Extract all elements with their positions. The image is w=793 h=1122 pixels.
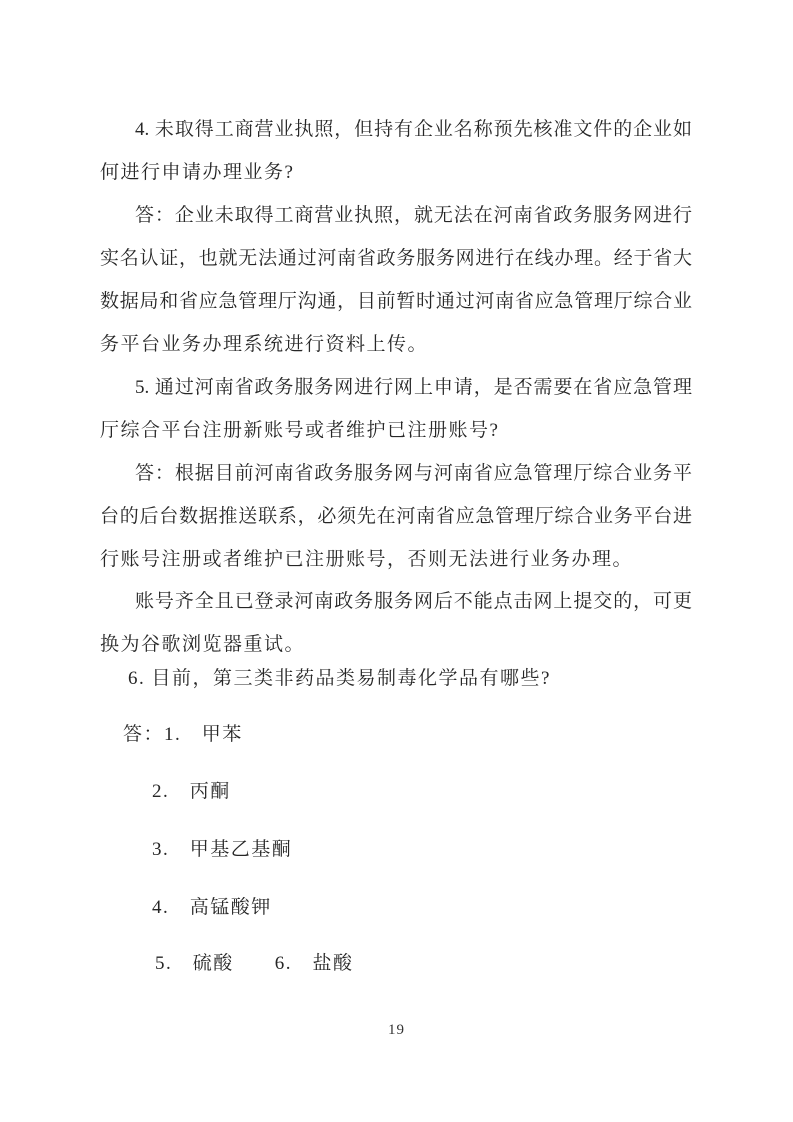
answer-6-item-4: 4. 高锰酸钾 [152,896,272,920]
question-4-line-2: 何进行申请办理业务? [100,161,294,185]
answer-4-line-1: 答：企业未取得工商营业执照，就无法在河南省政务服务网进行 [135,204,692,228]
question-5-line-2: 厅综合平台注册新账号或者维护已注册账号? [100,419,499,443]
answer-5-line-1: 答：根据目前河南省政务服务网与河南省应急管理厅综合业务平 [135,462,692,486]
answer-4-line-2: 实名认证，也就无法通过河南省政务服务网进行在线办理。经于省大 [100,247,692,271]
question-5-line-1: 5. 通过河南省政务服务网进行网上申请，是否需要在省应急管理 [135,376,692,400]
answer-4-line-3: 数据局和省应急管理厅沟通，目前暂时通过河南省应急管理厅综合业 [100,290,692,314]
question-6-line-1: 6. 目前，第三类非药品类易制毒化学品有哪些? [128,667,551,691]
question-4-line-1: 4. 未取得工商营业执照，但持有企业名称预先核准文件的企业如 [135,118,692,142]
answer-5-note-line-2: 换为谷歌浏览器重试。 [100,633,305,657]
answer-6-items-5-6: 5. 硫酸 6. 盐酸 [155,952,354,976]
answer-4-line-4: 务平台业务办理系统进行资料上传。 [100,333,428,357]
answer-6-item-2: 2. 丙酮 [152,780,231,804]
answer-5-line-3: 行账号注册或者维护已注册账号，否则无法进行业务办理。 [100,548,633,572]
page-number: 19 [0,1022,793,1039]
answer-6-item-3: 3. 甲基乙基酮 [152,838,292,862]
answer-5-note-line-1: 账号齐全且已登录河南政务服务网后不能点击网上提交的，可更 [135,590,692,614]
answer-5-line-2: 台的后台数据推送联系，必须先在河南省应急管理厅综合业务平台进 [100,505,692,529]
answer-6-item-1: 答：1. 甲苯 [123,723,243,747]
document-page: 4. 未取得工商营业执照，但持有企业名称预先核准文件的企业如 何进行申请办理业务… [0,0,793,1122]
